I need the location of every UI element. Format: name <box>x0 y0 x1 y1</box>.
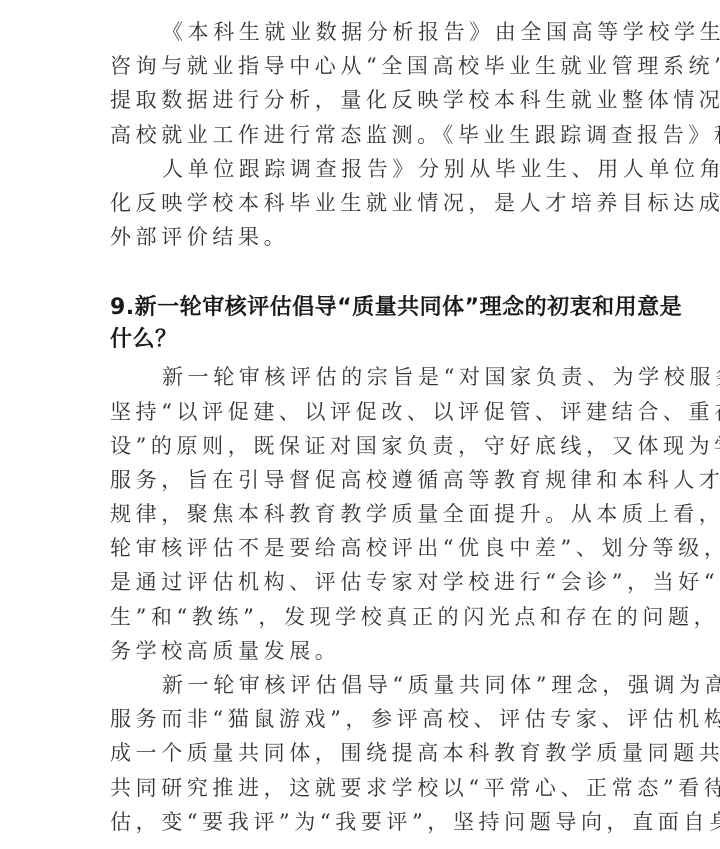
text-line: 《本科生就业数据分析报告》由全国高等学校学生信息 <box>110 15 616 49</box>
text-line: 共同研究推进，这就要求学校以“平常心、正常态”看待评 <box>110 771 616 805</box>
text-line: 生”和“教练”，发现学校真正的闪光点和存在的问题，服 <box>110 600 616 634</box>
text-line: 新一轮审核评估倡导“质量共同体”理念，强调为高校 <box>110 668 616 702</box>
heading-line: 什么？ <box>110 324 616 356</box>
paragraph-quality-community: 新一轮审核评估倡导“质量共同体”理念，强调为高校 服务而非“猫鼠游戏”，参评高校… <box>110 668 616 839</box>
text-line: 人单位跟踪调查报告》分别从毕业生、用人单位角度量 <box>110 152 616 186</box>
text-line: 外部评价结果。 <box>110 220 616 254</box>
paragraph-review-purpose: 新一轮审核评估的宗旨是“对国家负责、为学校服务”， 坚持“以评促建、以评促改、以… <box>110 360 616 668</box>
text-line: 是通过评估机构、评估专家对学校进行“会诊”，当好“医 <box>110 565 616 599</box>
text-line: 轮审核评估不是要给高校评出“优良中差”、划分等级，而 <box>110 531 616 565</box>
text-line: 估，变“要我评”为“我要评”，坚持问题导向，直面自身 <box>110 805 616 839</box>
text-line: 规律，聚焦本科教育教学质量全面提升。从本质上看，新一 <box>110 497 616 531</box>
text-line: 服务而非“猫鼠游戏”，参评高校、评估专家、评估机构形 <box>110 702 616 736</box>
text-line: 高校就业工作进行常态监测。《毕业生跟踪调查报告》和《用 <box>110 118 616 152</box>
document-page: 《本科生就业数据分析报告》由全国高等学校学生信息 咨询与就业指导中心从“全国高校… <box>110 15 616 839</box>
text-line: 咨询与就业指导中心从“全国高校毕业生就业管理系统”中 <box>110 49 616 83</box>
text-line: 化反映学校本科毕业生就业情况，是人才培养目标达成度的 <box>110 186 616 220</box>
text-line: 设”的原则，既保证对国家负责，守好底线，又体现为学校 <box>110 429 616 463</box>
text-line: 成一个质量共同体，围绕提高本科教育教学质量同题共答， <box>110 736 616 770</box>
heading-line: 9.新一轮审核评估倡导“质量共同体”理念的初衷和用意是 <box>110 292 616 324</box>
text-line: 务学校高质量发展。 <box>110 634 616 668</box>
text-line: 提取数据进行分析，量化反映学校本科生就业整体情况，对 <box>110 83 616 117</box>
paragraph-gap <box>110 254 616 292</box>
section-heading: 9.新一轮审核评估倡导“质量共同体”理念的初衷和用意是 什么？ <box>110 292 616 356</box>
text-line: 坚持“以评促建、以评促改、以评促管、评建结合、重在建 <box>110 395 616 429</box>
text-line: 新一轮审核评估的宗旨是“对国家负责、为学校服务”， <box>110 360 616 394</box>
paragraph-employment-reports: 《本科生就业数据分析报告》由全国高等学校学生信息 咨询与就业指导中心从“全国高校… <box>110 15 616 254</box>
text-line: 服务，旨在引导督促高校遵循高等教育规律和本科人才培养 <box>110 463 616 497</box>
